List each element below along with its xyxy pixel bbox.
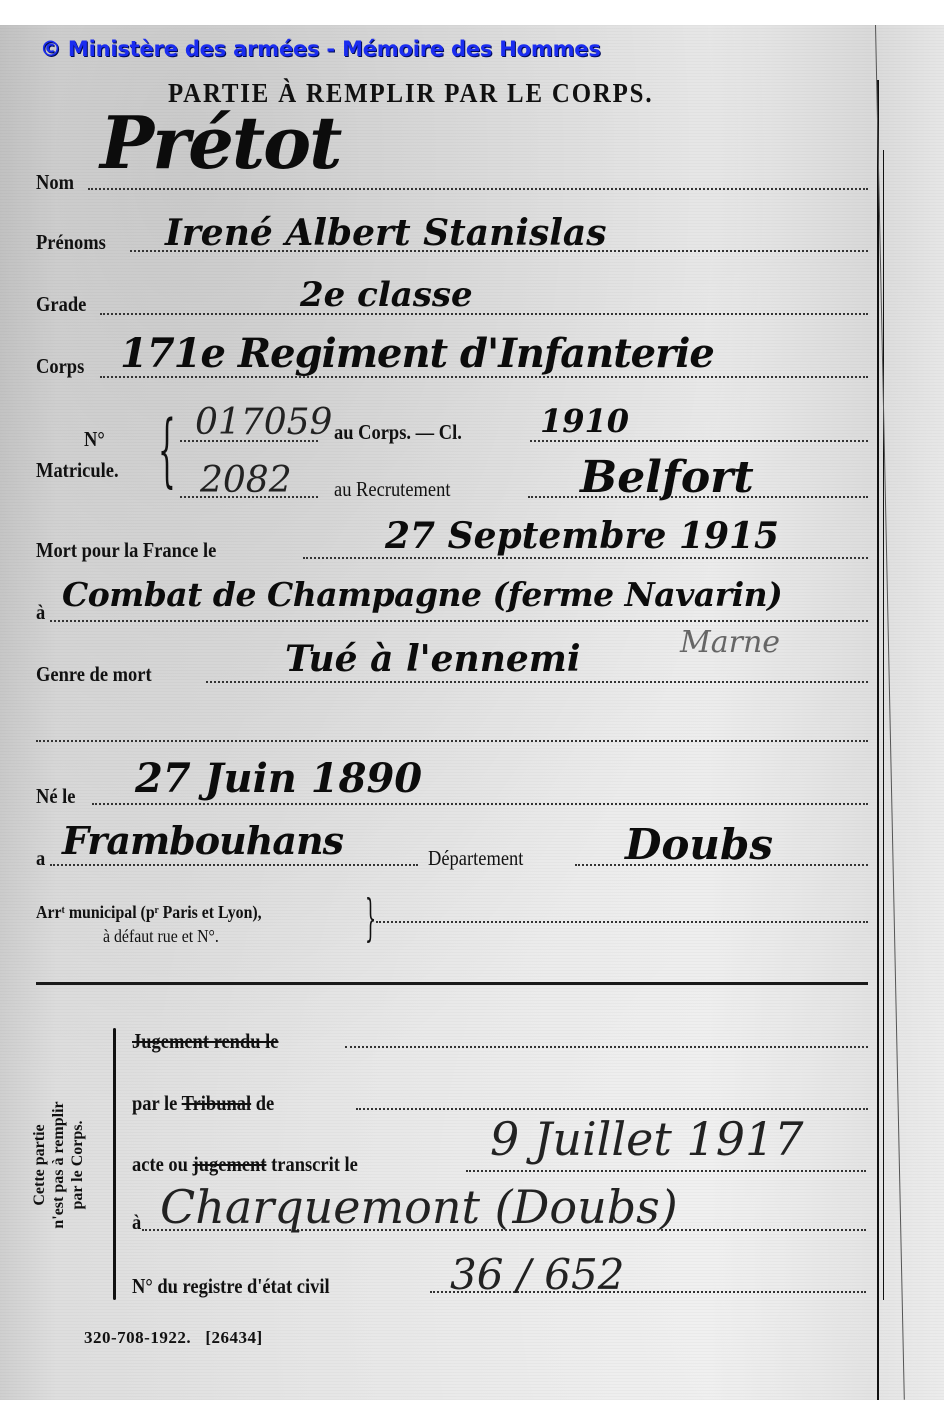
value-corps: 171e Regiment d'Infanterie — [120, 330, 714, 377]
label-jugement-rendu: Jugement rendu le — [132, 1029, 278, 1054]
print-code: 320-708-1922. [26434] — [84, 1328, 263, 1348]
section-divider — [36, 982, 868, 985]
label-nom: Nom — [36, 170, 74, 195]
value-registre: 36 / 652 — [450, 1250, 624, 1299]
annotation-departement-deces: Marne — [680, 625, 780, 660]
dotted-line — [100, 313, 868, 315]
label-au-recrutement: au Recrutement — [334, 477, 450, 502]
value-genre-de-mort: Tué à l'ennemi — [285, 638, 581, 680]
brace: } — [365, 893, 376, 943]
value-recrutement-lieu: Belfort — [580, 452, 754, 503]
bracket — [113, 1028, 116, 1300]
dotted-line — [345, 1046, 868, 1048]
dotted-line — [376, 921, 868, 923]
label-numero: N° — [84, 427, 105, 452]
label-departement: Département — [428, 846, 523, 871]
label-genre-de-mort: Genre de mort — [36, 662, 152, 687]
label-lieu-deces: à — [36, 600, 45, 625]
label-grade: Grade — [36, 292, 86, 317]
label-arrondissement-rue: à défaut rue et N°. — [103, 926, 219, 947]
card-edge-line — [883, 150, 884, 1300]
value-lieu-naissance: Frambouhans — [62, 818, 343, 863]
value-nom: Prétot — [100, 100, 340, 185]
value-date-deces: 27 Septembre 1915 — [385, 515, 779, 557]
copyright-watermark: © Ministère des armées - Mémoire des Hom… — [40, 37, 601, 61]
dotted-line — [50, 620, 868, 622]
value-date-transcription: 9 Juillet 1917 — [490, 1112, 804, 1166]
dotted-line — [356, 1108, 868, 1110]
label-corps: Corps — [36, 354, 84, 379]
label-tribunal: par le Tribunal de — [132, 1091, 274, 1116]
value-matricule-recrutement: 2082 — [200, 460, 292, 501]
dotted-line — [303, 557, 868, 559]
value-prenoms: Irené Albert Stanislas — [165, 212, 606, 254]
label-registre: N° du registre d'état civil — [132, 1274, 330, 1299]
label-prenoms: Prénoms — [36, 230, 106, 255]
dotted-line — [88, 188, 868, 190]
dotted-line — [92, 803, 868, 805]
label-au-corps: au Corps. — Cl. — [334, 420, 462, 445]
label-lieu-naissance: a — [36, 846, 45, 871]
value-matricule-corps: 017059 — [195, 402, 332, 443]
dotted-line — [530, 440, 868, 442]
value-grade: 2e classe — [300, 275, 473, 315]
label-lieu-transcription: à — [132, 1210, 141, 1235]
value-date-naissance: 27 Juin 1890 — [135, 755, 422, 802]
dotted-line — [50, 864, 418, 866]
value-departement: Doubs — [625, 820, 773, 869]
dotted-line — [466, 1170, 866, 1172]
label-arrondissement: Arrᵗ municipal (pʳ Paris et Lyon), — [36, 902, 262, 923]
value-lieu-transcription: Charquemont (Doubs) — [160, 1180, 678, 1234]
label-mort-pour-la-france: Mort pour la France le — [36, 538, 216, 563]
dotted-line — [36, 740, 868, 742]
value-lieu-deces: Combat de Champagne (ferme Navarin) — [62, 575, 782, 614]
brace: { — [158, 410, 176, 490]
side-note: Cette partie n'est pas à remplir par le … — [30, 1050, 87, 1280]
dotted-line — [206, 681, 868, 683]
label-transcrit: acte ou jugement transcrit le — [132, 1152, 358, 1177]
label-ne-le: Né le — [36, 784, 76, 809]
card-edge-line — [877, 80, 879, 1400]
value-classe: 1910 — [540, 402, 629, 440]
label-matricule: Matricule. — [36, 458, 119, 483]
